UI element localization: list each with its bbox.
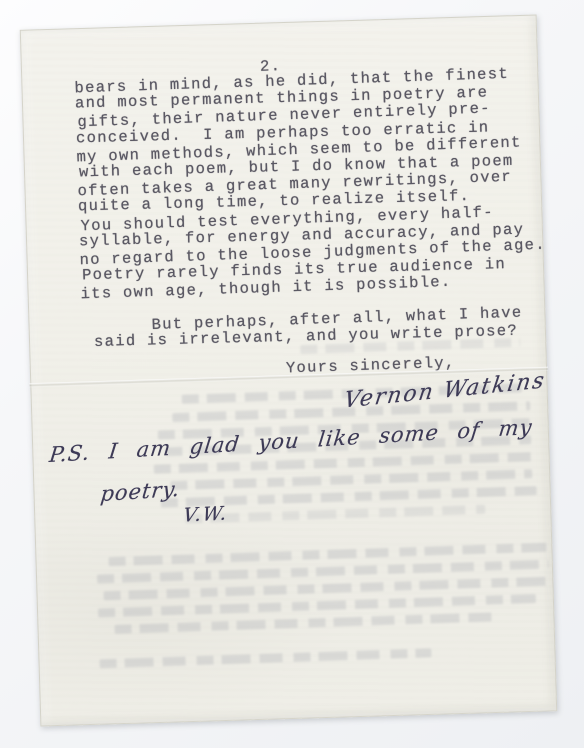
paragraph-2: But perhaps, after all, what I have said…: [93, 303, 580, 352]
paragraph-1: bears in mind, as he did, that the fines…: [74, 65, 566, 303]
letter-page: 2. bears in mind, as he did, that the fi…: [20, 14, 557, 726]
bleed-through-line: [97, 560, 549, 584]
closing-salutation: Yours sincerely,: [286, 354, 456, 378]
bleed-through-line: [98, 594, 536, 618]
bleed-through-line: [99, 648, 431, 668]
signature: Vernon Watkins: [342, 368, 547, 414]
scan-background: 2. bears in mind, as he did, that the fi…: [0, 0, 584, 748]
bleed-through-line: [185, 505, 485, 524]
bleed-through-line: [114, 612, 492, 634]
postscript-initials: V.W.: [182, 502, 229, 526]
bleed-through-line: [170, 469, 532, 490]
postscript-line-2: poetry.: [99, 477, 181, 506]
bleed-through-line: [103, 577, 549, 601]
postscript-line-1: P.S. I am glad you like some of my: [48, 415, 534, 467]
bleed-through-line: [108, 543, 546, 567]
